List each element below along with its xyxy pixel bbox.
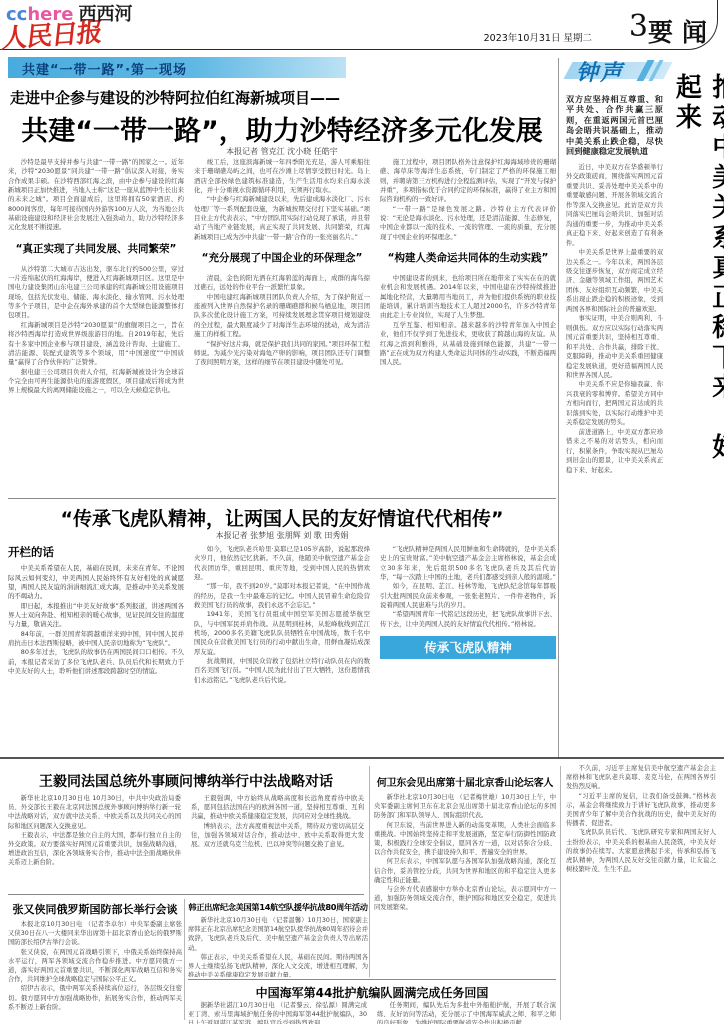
- paragraph: 事实证明，中美合则两利、斗则俱伤。双方应以实际行动落实两国元首重要共识，坚持相互…: [566, 314, 663, 380]
- paragraph: 清晨，金色的阳光洒在红海碧蓝的海面上，成群的海鸟掠过礁石，远处的作业平台一派繁忙…: [194, 274, 370, 293]
- watermark: cchere西西河: [6, 0, 132, 26]
- divider: [8, 498, 556, 499]
- zhongsheng-lead: 双方应坚持相互尊重、和平共处、合作共赢三原则，在重返两国元首巴厘岛会晤共识基础上…: [566, 94, 663, 156]
- paragraph: 抗战期间，中国民众营救了包括杜立特行动队员在内的数百名美国飞行员。“中国人民为此…: [194, 657, 370, 685]
- lead-article-columns: 沙特是最早支持并参与共建“一带一路”的国家之一。近年来，沙特“2030愿景”同共…: [8, 158, 556, 496]
- paragraph: “中企参与红海新城建设以来，先后建成海水淡化厂、污水处理厂等一系列配套设施，为新…: [194, 195, 370, 242]
- article-hewei: 何卫东会见出席第十届北京香山论坛客人 新华社北京10月30日电 （记者梅世雄）1…: [374, 766, 556, 978]
- paragraph: 与会外方代表感谢中方举办北京香山论坛，表示愿同中方一道，加强防务领域交流合作，维…: [374, 885, 556, 913]
- paragraph: 飞虎队队员后代、飞虎队研究专家和两国友好人士纷纷表示，中美关系的根基由人民浇筑，…: [566, 828, 716, 874]
- article-wangyi-col-2: 王毅强调，中方始终从战略高度和长远角度看待中欧关系，愿同包括法国在内的欧洲各国一…: [191, 794, 364, 890]
- article-haijun-col-1: 据新华社湛江10月30日电 （记者黎云、徐弘源）圆满完成亚丁湾、索马里海域护航任…: [188, 1001, 367, 1024]
- paragraph: 如今，飞虎队老兵哈里·莫耶已是105岁高龄，说起那段烽火岁月，他依然记忆犹新。不…: [194, 545, 370, 582]
- feihu-byline: 本报记者 张梦旭 张朋辉 刘 歌 田秀娟: [8, 530, 556, 541]
- paragraph: “飞虎队精神是两国人民用鲜血和生命铸就的，是中美关系史上的宝贵财富。”美中航空遗…: [380, 545, 556, 582]
- paragraph: 绍伊古表示，俄中两军关系持续高位运行，各层级交往密切。俄方愿同中方加强战略协作，…: [8, 984, 182, 1012]
- paragraph: 张又侠说，在两国元首战略引领下，中俄关系始终保持高水平运行，两军各领域交流合作稳…: [8, 948, 182, 985]
- paragraph: 近日，中美双方在华盛顿举行外交政策磋商，围绕落实两国元首重要共识、妥善处理中美关…: [566, 163, 663, 248]
- divider: [188, 979, 556, 980]
- page-number: 3: [629, 9, 648, 44]
- paragraph: 博纳表示，法方高度重视法中关系，期待双方密切高层交往，加强各领域对话合作，推动法…: [191, 822, 364, 850]
- paragraph: 中美关系不应是你输我赢、你兴我衰的零和博弈。希望美方同中方相向而行，把两国元首达…: [566, 380, 663, 427]
- paragraph: 80多年过去，飞虎队的故事仍在两国民间口口相传。不久前，本报记者采访了多位飞虎队…: [8, 648, 184, 676]
- paragraph: “希望两国青年一代铭记这段历史，把飞虎队故事讲下去、传下去，让中美两国人民的友好…: [380, 610, 556, 629]
- paragraph: 前进道路上，中美双方都应珍惜来之不易的对话势头，相向而行，积累条件，争取实现从巴…: [566, 428, 663, 475]
- article-wangyi-body: 新华社北京10月30日电 10月30日，中共中央政治局委员、外交部长王毅在北京同…: [8, 794, 364, 890]
- series-tag: 共建“一带一路”·第一现场: [8, 57, 346, 78]
- vertical-divider: [558, 58, 559, 757]
- horizontal-divider: [0, 757, 724, 759]
- paragraph: 竣工后，这座滨海新城一年四季阳光充足，游人可乘船往来于珊瑚礁岛屿之间，也可在沙滩…: [194, 158, 370, 195]
- paragraph: 新华社北京10月30日电 （记者梅世雄）10月30日上午，中央军委副主席何卫东在…: [374, 793, 556, 821]
- article-zhangyouxia-body: 本报北京10月30日电 （记者李卓尔）中央军委副主席张又侠30日在八一大楼同来华…: [8, 920, 182, 1021]
- newspaper-page: cchere西西河 人民日报 2023年10月31日 星期二 3 要闻 共建“一…: [0, 0, 724, 1024]
- article-hanzheng: 韩正出席纪念美国第14航空队援华抗战80周年活动 新华社北京10月30日电 （记…: [188, 901, 368, 979]
- feihu-column-3: “飞虎队精神是两国人民用鲜血和生命铸就的，是中美关系史上的宝贵财富。”美中航空遗…: [380, 545, 556, 755]
- lead-headline: 共建“一带一路”，助力沙特经济多元化发展: [8, 109, 556, 148]
- paragraph: 如今，在昆明、芷江、桂林等地，飞虎队纪念馆每年都吸引大批两国民众前来参观，一张张…: [380, 582, 556, 610]
- paragraph: “构建人类命运共同体的生动实践”: [380, 252, 556, 265]
- zhongsheng-column: 钟声 双方应坚持相互尊重、和平共处、合作共赢三原则，在重返两国元首巴厘岛会晤共识…: [564, 57, 722, 757]
- article-haijun: 中国海军第44批护航编队圆满完成任务回国 据新华社湛江10月30日电 （记者黎云…: [188, 984, 556, 1024]
- paragraph: 中美关系希望在人民，基础在民间，未来在青年。不论国际风云如何变幻，中美两国人民始…: [8, 564, 184, 601]
- paragraph: 本报北京10月30日电 （记者李卓尔）中央军委副主席张又侠30日在八一大楼同来华…: [8, 920, 182, 948]
- paragraph: “一带一路”是绿色发展之路。沙特业主方代表评价说：“无论是海水淡化、污水处理，还…: [380, 205, 556, 242]
- feihu-columns: 开栏的话中美关系希望在人民，基础在民间，未来在青年。不论国际风云如何变幻，中美两…: [8, 545, 556, 755]
- paragraph: 红海新城项目是沙特“2030愿景”的旗舰项目之一，旨在将沙特西海岸打造成世界级旅…: [8, 321, 184, 368]
- paragraph: 新华社北京10月30日电 （记者温馨）10月30日，国家副主席韩正在北京出席纪念…: [188, 916, 368, 953]
- zhongsheng-logo-text: 钟声: [576, 56, 624, 87]
- paragraph: 沙特是最早支持并参与共建“一带一路”的国家之一。近年来，沙特“2030愿景”同共…: [8, 158, 184, 233]
- lead-article-column-1: 沙特是最早支持并参与共建“一带一路”的国家之一。近年来，沙特“2030愿景”同共…: [8, 158, 184, 496]
- paragraph: 王毅表示，中法都是独立自主的大国，都奉行独立自主的外交政策。双方要落实好两国元首…: [8, 831, 181, 868]
- paragraph: 即日起，本报推出“中美友好故事”系列报道，讲述两国各界人士双向奔赴、相知相亲的暖…: [8, 602, 184, 630]
- paragraph: 中美关系是世界上最重要的双边关系之一。今年以来，两国各层级交往逐步恢复，双方商定…: [566, 248, 663, 314]
- vertical-divider: [369, 766, 370, 977]
- bottom-right-column-body: 不久前，习近平主席复信美中航空遗产基金会主席格林和飞虎队老兵莫耶、麦克马伦，在两…: [566, 764, 716, 1022]
- article-hanzheng-body: 新华社北京10月30日电 （记者温馨）10月30日，国家副主席韩正在北京出席纪念…: [188, 916, 368, 977]
- paragraph: 韩正表示，中美关系希望在人民，基础在民间。期待两国各界人士继续弘扬飞虎队精神，深…: [188, 953, 368, 977]
- lead-byline: 本报记者 管克江 沈小晓 任皓宇: [8, 146, 556, 157]
- paragraph: 中国建设者的到来，也给项目所在地带来了实实在在的就业机会和发展机遇。2014年以…: [380, 274, 556, 321]
- article-wangyi: 王毅同法国总统外事顾问博纳举行中法战略对话 新华社北京10月30日电 10月30…: [8, 766, 364, 892]
- paragraph: 互学互鉴、相知相亲。越来越多的沙特青年加入中国企业，他们不仅学到了先进技术，更收…: [380, 321, 556, 368]
- paragraph: 从沙特第二大城市吉达出发，驱车北行约500公里，穿过一片连绵起伏的红海海岸，便进…: [8, 265, 184, 321]
- paragraph: 据新华社湛江10月30日电 （记者黎云、徐弘源）圆满完成亚丁湾、索马里海域护航任…: [188, 1001, 367, 1024]
- paragraph: “习近平主席的复信，让我们备受鼓舞。”格林表示，基金会将继续致力于讲好飞虎队故事…: [566, 792, 716, 829]
- paragraph: “充分展现了中国企业的环保理念”: [194, 252, 370, 265]
- article-hewei-headline: 何卫东会见出席第十届北京香山论坛客人: [374, 774, 556, 789]
- article-zhangyouxia: 张又侠同俄罗斯国防部长举行会谈 本报北京10月30日电 （记者李卓尔）中央军委副…: [8, 901, 182, 1021]
- vertical-divider: [560, 766, 561, 1020]
- paragraph: 新华社北京10月30日电 10月30日，中共中央政治局委员、外交部长王毅在北京同…: [8, 794, 181, 831]
- paragraph: 中国电建红海新城项目团队负责人介绍，为了保护附近一座被列入世界自然保护名录的珊瑚…: [194, 293, 370, 340]
- paragraph: “保护好这片海，就是保护我们共同的家园。”项目环保工程师说。为减少光污染对海龟产…: [194, 340, 370, 368]
- divider: [8, 894, 364, 895]
- watermark-here: here: [27, 4, 73, 25]
- feihu-column-1: 开栏的话中美关系希望在人民，基础在民间，未来在青年。不论国际风云如何变幻，中美两…: [8, 545, 184, 755]
- watermark-cc: cc: [6, 4, 27, 25]
- lead-article: 共建“一带一路”·第一现场 走进中企参与建设的沙特阿拉伯红海新城项目—— 共建“…: [8, 57, 556, 757]
- zhongsheng-logo: 钟声: [564, 59, 672, 84]
- paragraph: 1941年，美国飞行员组成中国空军美国志愿援华航空队，与中国军民并肩作战。从昆明…: [194, 610, 370, 657]
- lead-article-column-2: 竣工后，这座滨海新城一年四季阳光充足，游人可乘船往来于珊瑚礁岛屿之间，也可在沙滩…: [194, 158, 370, 496]
- paragraph: 开栏的话: [8, 548, 184, 557]
- paragraph: 传承飞虎队精神: [380, 636, 556, 659]
- paragraph: 何卫东说，当前世界进入新的动荡变革期，人类社会面临多重挑战。中国始终坚持走和平发…: [374, 821, 556, 858]
- paragraph: 何卫东表示，中国军队愿与各国军队加强战略沟通，深化互信合作，妥善管控分歧，共同为…: [374, 857, 556, 885]
- lead-article-column-3: 施工过程中，项目团队格外注意保护红海海域珍贵的珊瑚礁、海草床等海洋生态系统，专门…: [380, 158, 556, 496]
- feihu-column-2: 如今，飞虎队老兵哈里·莫耶已是105岁高龄，说起那段烽火岁月，他依然记忆犹新。不…: [194, 545, 370, 755]
- zhongsheng-vertical-headline: 推动中美关系真正稳下来、好起来: [668, 73, 724, 477]
- dateline: 2023年10月31日 星期二: [484, 30, 592, 44]
- paragraph: 任务期间，编队先后为多批中外船舶护航，开展了联合演练、友好访问等活动，充分展示了…: [377, 1001, 556, 1024]
- watermark-site: 西西河: [78, 4, 132, 25]
- paragraph: 施工过程中，项目团队格外注意保护红海海域珍贵的珊瑚礁、海草床等海洋生态系统，专门…: [380, 158, 556, 205]
- vertical-divider: [184, 899, 185, 1020]
- article-zhangyouxia-headline: 张又侠同俄罗斯国防部长举行会谈: [8, 901, 182, 917]
- paragraph: 不久前，习近平主席复信美中航空遗产基金会主席格林和飞虎队老兵莫耶、麦克马伦，在两…: [566, 764, 716, 792]
- article-wangyi-col-1: 新华社北京10月30日电 10月30日，中共中央政治局委员、外交部长王毅在北京同…: [8, 794, 181, 890]
- article-haijun-body: 据新华社湛江10月30日电 （记者黎云、徐弘源）圆满完成亚丁湾、索马里海域护航任…: [188, 1001, 556, 1024]
- article-hewei-body: 新华社北京10月30日电 （记者梅世雄）10月30日上午，中央军委副主席何卫东在…: [374, 793, 556, 977]
- paragraph: “那一年，我不到20岁。”莫耶对本报记者说，“在中国作战的经历，是我一生中最难忘…: [194, 582, 370, 610]
- article-haijun-headline: 中国海军第44批护航编队圆满完成任务回国: [188, 984, 556, 1001]
- section-title: 要闻: [648, 13, 716, 49]
- zhongsheng-body: 近日，中美双方在华盛顿举行外交政策磋商，围绕落实两国元首重要共识、妥善处理中美关…: [566, 163, 663, 755]
- feihu-headline: “传承飞虎队精神，让两国人民的友好情谊代代相传”: [8, 504, 556, 531]
- kicker: 走进中企参与建设的沙特阿拉伯红海新城项目——: [10, 87, 340, 108]
- article-hanzheng-headline: 韩正出席纪念美国第14航空队援华抗战80周年活动: [188, 902, 368, 913]
- article-haijun-col-2: 任务期间，编队先后为多批中外船舶护航，开展了联合演练、友好访问等活动，充分展示了…: [377, 1001, 556, 1024]
- paragraph: 据电建三公司项目负责人介绍，红海新城被设计为全球首个完全由可再生能源供电的旅游度…: [8, 368, 184, 396]
- article-wangyi-headline: 王毅同法国总统外事顾问博纳举行中法战略对话: [8, 771, 364, 791]
- bottom-right-column: 不久前，习近平主席复信美中航空遗产基金会主席格林和飞虎队老兵莫耶、麦克马伦，在两…: [566, 764, 716, 1022]
- paragraph: 王毅强调，中方始终从战略高度和长远角度看待中欧关系，愿同包括法国在内的欧洲各国一…: [191, 794, 364, 822]
- paragraph: 84年前，一群美国青年跨越重洋来到中国，同中国人民并肩抗击日本法西斯侵略，被中国…: [8, 630, 184, 649]
- paragraph: “真正实现了共同发展、共同繁荣”: [8, 243, 184, 256]
- series-tag-label: 共建“一带一路”·第一现场: [8, 57, 346, 78]
